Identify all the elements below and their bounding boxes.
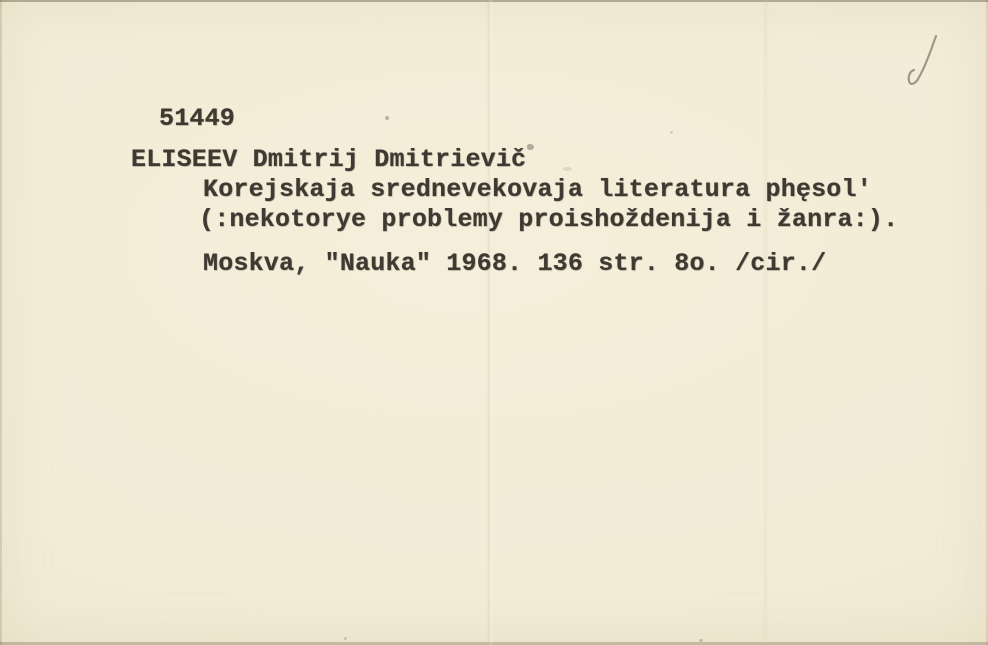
catalog-number: 51449 xyxy=(159,106,235,131)
author-line: ELISEEV Dmitrij Dmitrievič xyxy=(131,147,526,172)
paper-crease xyxy=(486,0,493,645)
pencil-checkmark-icon xyxy=(896,32,946,92)
paper-speck xyxy=(385,116,389,120)
paper-crease xyxy=(762,0,769,645)
paper-speck xyxy=(344,637,347,640)
paper-speck xyxy=(699,639,703,642)
paper-speck xyxy=(670,131,673,134)
paper-speck xyxy=(563,167,572,171)
ink-smudge xyxy=(527,144,534,150)
imprint-line: Moskva, "Nauka" 1968. 136 str. 8o. /cir.… xyxy=(203,251,826,276)
catalog-card: 51449 ELISEEV Dmitrij Dmitrievič Korejsk… xyxy=(0,0,988,645)
title-line-2: (:nekotorye problemy proishoždenija i ža… xyxy=(199,207,898,232)
title-line-1: Korejskaja srednevekovaja literatura phę… xyxy=(203,177,872,202)
